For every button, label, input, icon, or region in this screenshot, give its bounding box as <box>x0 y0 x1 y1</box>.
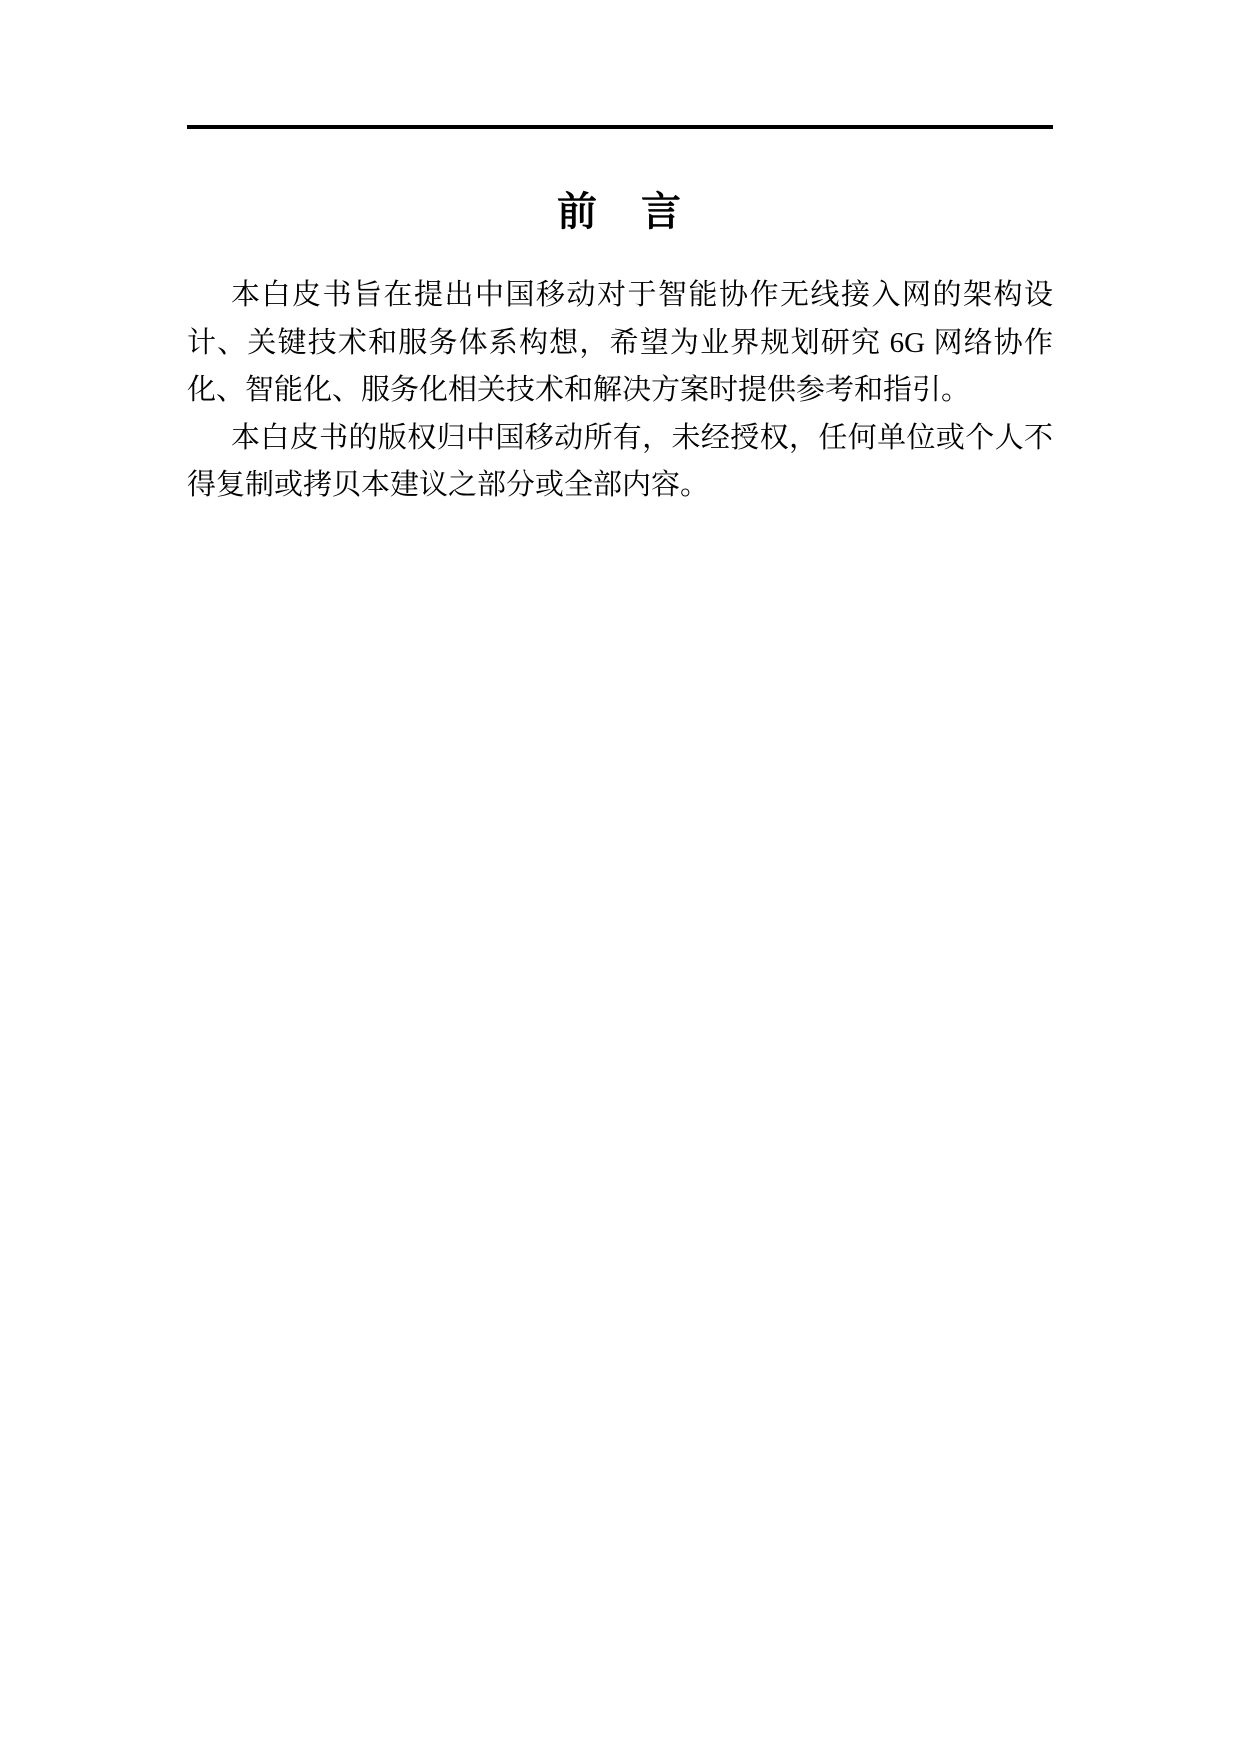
document-body: 本白皮书旨在提出中国移动对于智能协作无线接入网的架构设计、关键技术和服务体系构想… <box>187 272 1053 510</box>
document-page: 前 言 本白皮书旨在提出中国移动对于智能协作无线接入网的架构设计、关键技术和服务… <box>0 0 1240 1754</box>
header-rule <box>187 125 1053 129</box>
paragraph-scope: 本白皮书旨在提出中国移动对于智能协作无线接入网的架构设计、关键技术和服务体系构想… <box>187 272 1053 415</box>
page-title: 前 言 <box>0 186 1240 238</box>
paragraph-copyright: 本白皮书的版权归中国移动所有，未经授权，任何单位或个人不得复制或拷贝本建议之部分… <box>187 415 1053 510</box>
